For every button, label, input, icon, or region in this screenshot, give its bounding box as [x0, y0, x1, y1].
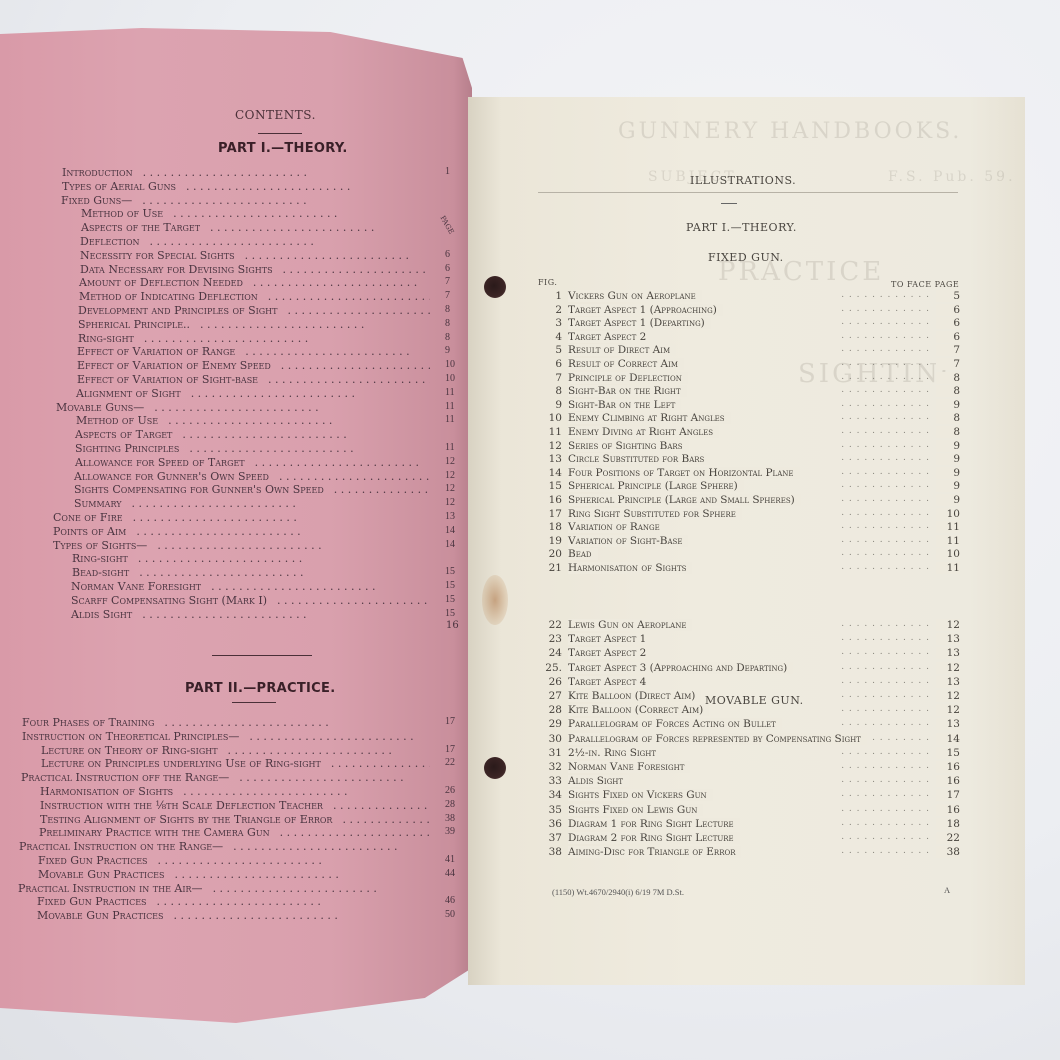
figure-label: Principle of Deflection — [568, 372, 688, 384]
leader-dots: . . . . . . . . . . . . . . . . . . . . … — [255, 456, 430, 469]
leader-dots: . . . . . . . . . . . . . . . . . . . . … — [213, 882, 430, 895]
contents-entry: Introduction . . . . . . . . . . . . . .… — [62, 166, 430, 179]
header-rule — [538, 192, 958, 193]
page-column-label: TO FACE PAGE — [891, 280, 959, 289]
entry-label: Fixed Gun Practices — [38, 854, 148, 867]
contents-entry: Ring-sight . . . . . . . . . . . . . . .… — [72, 552, 430, 565]
leader-dots: . . . . . . . . . . . . . . . . . . . . … — [210, 221, 430, 234]
entry-page-number: 11 — [445, 401, 455, 412]
figure-page-number: 8 — [936, 426, 960, 438]
contents-page: CONTENTS. PART I.—THEORY. PAGE Introduct… — [0, 28, 472, 1028]
figure-entry: . . . . . . . . . . . .35Sights Fixed on… — [540, 804, 960, 818]
entry-label: Effect of Variation of Enemy Speed — [77, 359, 271, 372]
figure-label: Diagram 1 for Ring Sight Lecture — [568, 818, 740, 830]
leader-dots: . . . . . . . . . . . . . . . . . . . . … — [211, 580, 430, 593]
figure-number: 8 — [540, 385, 562, 397]
leader-dots: . . . . . . . . . . . . . . . . . . . . … — [253, 276, 430, 289]
figure-number: 31 — [540, 747, 562, 759]
illustrations-title: ILLUSTRATIONS. — [690, 174, 796, 187]
entry-page-number: 39 — [445, 826, 455, 837]
entry-label: Allowance for Gunner's Own Speed — [74, 470, 269, 483]
entry-label: Preliminary Practice with the Camera Gun — [39, 826, 270, 839]
contents-entry: Harmonisation of Sights . . . . . . . . … — [40, 785, 430, 798]
figure-label: Parallelogram of Forces represented by C… — [568, 733, 867, 745]
figure-number: 19 — [540, 535, 562, 547]
figure-page-number: 11 — [936, 562, 960, 574]
figure-page-number: 38 — [936, 846, 960, 858]
figure-label: Variation of Sight-Base — [568, 535, 688, 547]
entry-label: Scarff Compensating Sight (Mark I) — [71, 594, 267, 607]
entry-label: Aldis Sight — [71, 608, 132, 621]
figure-page-number: 5 — [936, 290, 960, 302]
figure-page-number: 14 — [936, 733, 960, 745]
entry-label: Types of Sights— — [53, 539, 147, 552]
figure-page-number: 9 — [936, 440, 960, 452]
entry-label: Practical Instruction in the Air— — [18, 882, 203, 895]
contents-entry: Development and Principles of Sight . . … — [78, 304, 430, 317]
entry-label: Points of Aim — [53, 525, 126, 538]
figure-entry: . . . . . . . . . . . .8Sight-Bar on the… — [540, 385, 960, 399]
figure-entry: . . . . . . . . . . . .6Result of Correc… — [540, 358, 960, 372]
figure-number: 15 — [540, 480, 562, 492]
figure-entry: . . . . . . . . . . . .21Harmonisation o… — [540, 562, 960, 576]
figure-number: 24 — [540, 647, 562, 659]
contents-entry: Deflection . . . . . . . . . . . . . . .… — [80, 235, 430, 248]
entry-page-number: 14 — [445, 539, 455, 550]
figure-page-number: 8 — [936, 412, 960, 424]
entry-label: Four Phases of Training — [22, 716, 154, 729]
entry-label: Spherical Principle.. — [78, 318, 190, 331]
leader-dots: . . . . . . . . . . . . . . . . . . . . … — [239, 771, 430, 784]
figure-entry: . . . . . . . . . . . .11Enemy Diving at… — [540, 426, 960, 440]
figure-page-number: 22 — [936, 832, 960, 844]
page-column-label: PAGE — [438, 214, 455, 235]
entry-page-number: 8 — [445, 318, 450, 329]
figure-page-number: 15 — [936, 747, 960, 759]
figure-entry: . . . . . . . . . . . .17Ring Sight Subs… — [540, 508, 960, 522]
figure-label: Aiming-Disc for Triangle of Error — [568, 846, 741, 858]
entry-page-number: 10 — [445, 373, 455, 384]
figure-page-number: 9 — [936, 399, 960, 411]
figure-label: Result of Correct Aim — [568, 358, 684, 370]
figure-number: 2 — [540, 304, 562, 316]
figure-entry: . . . . . . . . . . . .24Target Aspect 2… — [540, 647, 960, 661]
entry-label: Allowance for Speed of Target — [75, 456, 245, 469]
figure-label: Enemy Climbing at Right Angles — [568, 412, 731, 424]
leader-dots: . . . . . . . . . . . . . . . . . . . . … — [174, 909, 430, 922]
figure-number: 7 — [540, 372, 562, 384]
figure-page-number: 9 — [936, 494, 960, 506]
entry-label: Ring-sight — [78, 332, 134, 345]
leader-dots: . . . . . . . . . . . . . . . . . . . . … — [139, 566, 430, 579]
leader-dots: . . . . . . . . . . . . . . . . . . . . … — [154, 401, 430, 414]
contents-entry: Four Phases of Training . . . . . . . . … — [22, 716, 430, 729]
figure-page-number: 6 — [936, 304, 960, 316]
contents-entry: Effect of Variation of Range . . . . . .… — [77, 345, 430, 358]
entry-label: Effect of Variation of Sight-base — [77, 373, 258, 386]
entry-page-number: 11 — [445, 414, 455, 425]
figure-number: 14 — [540, 467, 562, 479]
figure-page-number: 13 — [936, 633, 960, 645]
figure-page-number: 8 — [936, 372, 960, 384]
figure-page-number: 11 — [936, 521, 960, 533]
entry-page-number: 12 — [445, 483, 455, 494]
figure-number: 10 — [540, 412, 562, 424]
printer-imprint: (1150) Wt.4670/2940(i) 6/19 7M D.St. — [552, 887, 684, 897]
figure-number: 3 — [540, 317, 562, 329]
contents-entry: Types of Sights— . . . . . . . . . . . .… — [53, 539, 430, 552]
figure-entry: . . . . . . . . . . . .19Variation of Si… — [540, 535, 960, 549]
rust-stain — [482, 575, 508, 625]
contents-entry: Spherical Principle.. . . . . . . . . . … — [78, 318, 430, 331]
figure-number: 32 — [540, 761, 562, 773]
figure-page-number: 7 — [936, 358, 960, 370]
entry-label: Sighting Principles — [75, 442, 179, 455]
figure-number: 17 — [540, 508, 562, 520]
figure-number: 35 — [540, 804, 562, 816]
contents-entry: Types of Aerial Guns . . . . . . . . . .… — [62, 180, 430, 193]
figure-number: 1 — [540, 290, 562, 302]
leader-dots: . . . . . . . . . . . . . . . . . . . . … — [334, 483, 430, 496]
figure-entry: . . . . . . . . . . . .33Aldis Sight16 — [540, 775, 960, 789]
entry-label: Development and Principles of Sight — [78, 304, 277, 317]
entry-page-number: 46 — [445, 895, 455, 906]
leader-dots: . . . . . . . . . . . . . . . . . . . . … — [245, 249, 430, 262]
entry-label: Alignment of Sight — [76, 387, 181, 400]
fig-column-label: FIG. — [538, 278, 557, 287]
figure-label: Bead — [568, 548, 598, 560]
entry-label: Testing Alignment of Sights by the Trian… — [40, 813, 332, 826]
figure-number: 36 — [540, 818, 562, 830]
figure-label: Vickers Gun on Aeroplane — [568, 290, 702, 302]
figure-number: 30 — [540, 733, 562, 745]
entry-label: Practical Instruction off the Range— — [21, 771, 229, 784]
figure-number: 16 — [540, 494, 562, 506]
figure-number: 4 — [540, 331, 562, 343]
leader-dots: . . . . . . . . . . . . . . . . . . . . … — [287, 304, 430, 317]
figure-page-number: 9 — [936, 453, 960, 465]
contents-entry: Amount of Deflection Needed . . . . . . … — [79, 276, 430, 289]
figure-label: Spherical Principle (Large and Small Sph… — [568, 494, 801, 506]
leader-dots: . . . . . . . . . . . . . . . . . . . . … — [268, 290, 430, 303]
figure-number: 27 — [540, 690, 562, 702]
leader-dots: . . . . . . . . . . . . . . . . . . . . … — [183, 785, 430, 798]
entry-label: Deflection — [80, 235, 140, 248]
leader-dots: . . . . . . . . . . . . . . . . . . . . … — [228, 744, 430, 757]
entry-label: Instruction with the ⅛th Scale Deflectio… — [40, 799, 323, 812]
leader-dots: . . . . . . . . . . . . . . . . . . . . … — [245, 345, 430, 358]
figure-number: 34 — [540, 789, 562, 801]
entry-label: Summary — [74, 497, 122, 510]
figure-entry: . . . . . . . . . . . .38Aiming-Disc for… — [540, 846, 960, 860]
entry-label: Types of Aerial Guns — [62, 180, 176, 193]
leader-dots: . . . . . . . . . . . . . . . . . . . . … — [342, 813, 430, 826]
figure-page-number: 12 — [936, 619, 960, 631]
contents-entry: Movable Gun Practices . . . . . . . . . … — [38, 868, 430, 881]
entry-page-number: 50 — [445, 909, 455, 920]
entry-page-number: 11 — [445, 387, 455, 398]
leader-dots: . . . . . . . . . . . . . . . . . . . . … — [331, 757, 430, 770]
contents-entry: Practical Instruction on the Range— . . … — [19, 840, 430, 853]
figure-label: Result of Direct Aim — [568, 344, 676, 356]
title-rule — [721, 203, 737, 204]
figure-number: 29 — [540, 718, 562, 730]
figure-page-number: 17 — [936, 789, 960, 801]
figure-label: Kite Balloon (Correct Aim) — [568, 704, 709, 716]
figure-label: Target Aspect 1 (Departing) — [568, 317, 711, 329]
figure-label: Target Aspect 3 (Approaching and Departi… — [568, 662, 793, 674]
leader-dots: . . . . . . . . . . . . . . . . . . . . … — [132, 497, 431, 510]
leader-dots: . . . . . . . . . . . . . . . . . . . . … — [158, 854, 430, 867]
entry-label: Effect of Variation of Range — [77, 345, 235, 358]
figure-entry: . . . . . . . . . . . .34Sights Fixed on… — [540, 789, 960, 803]
contents-entry: Preliminary Practice with the Camera Gun… — [39, 826, 430, 839]
figure-number: 11 — [540, 426, 562, 438]
contents-entry: Method of Indicating Deflection . . . . … — [79, 290, 430, 303]
entry-page-number: 12 — [445, 470, 455, 481]
figure-page-number: 13 — [936, 647, 960, 659]
entry-page-number: 15 — [445, 580, 455, 591]
entry-page-number: 7 — [445, 276, 450, 287]
entry-label: Method of Indicating Deflection — [79, 290, 258, 303]
leader-dots: . . . . . . . . . . . . . . . . . . . . … — [133, 511, 430, 524]
figure-number: 23 — [540, 633, 562, 645]
leader-dots: . . . . . . . . . . . . . . . . . . . . … — [249, 730, 430, 743]
figure-page-number: 18 — [936, 818, 960, 830]
part1-heading: PART I.—THEORY. — [218, 141, 348, 156]
contents-entry: Effect of Variation of Sight-base . . . … — [77, 373, 430, 386]
figure-page-number: 13 — [936, 718, 960, 730]
figure-page-number: 16 — [936, 775, 960, 787]
figure-page-number: 12 — [936, 704, 960, 716]
contents-entry: Data Necessary for Devising Sights . . .… — [80, 263, 430, 276]
figure-number: 22 — [540, 619, 562, 631]
figure-entry: . . . . . . . . . . . .10Enemy Climbing … — [540, 412, 960, 426]
figure-label: Aldis Sight — [568, 775, 629, 787]
entry-label: Fixed Gun Practices — [37, 895, 147, 908]
leader-dots: . . . . . . . . . . . . . . . . . . . . … — [233, 840, 430, 853]
contents-entry: Instruction with the ⅛th Scale Deflectio… — [40, 799, 430, 812]
figure-label: Target Aspect 2 — [568, 647, 652, 659]
entry-label: Introduction — [62, 166, 133, 179]
entry-page-number: 17 — [445, 716, 455, 727]
contents-entry: Movable Gun Practices . . . . . . . . . … — [37, 909, 430, 922]
figure-entry: . . . . . . . . . . . .5Result of Direct… — [540, 344, 960, 358]
entry-page-number: 10 — [445, 359, 455, 370]
leader-dots: . . . . . . . . . . . . . . . . . . . . … — [157, 895, 430, 908]
entry-page-number: 28 — [445, 799, 455, 810]
entry-page-number: 6 — [445, 249, 450, 260]
entry-label: Instruction on Theoretical Principles— — [22, 730, 239, 743]
contents-entry: Alignment of Sight . . . . . . . . . . .… — [76, 387, 430, 400]
figure-entry: . . . . . . . . . . . .2Target Aspect 1 … — [540, 304, 960, 318]
contents-entry: Method of Use . . . . . . . . . . . . . … — [81, 207, 430, 220]
contents-entry: Necessity for Special Sights . . . . . .… — [80, 249, 430, 262]
punch-hole-top — [484, 276, 506, 298]
figure-label: Norman Vane Foresight — [568, 761, 690, 773]
figure-label: Series of Sighting Bars — [568, 440, 689, 452]
figure-label: Sight-Bar on the Right — [568, 385, 687, 397]
contents-entry: Fixed Gun Practices . . . . . . . . . . … — [38, 854, 430, 867]
leader-dots: . . . . . . . . . . . . . . . . . . . . … — [150, 235, 430, 248]
leader-dots: . . . . . . . . . . . . . . . . . . . . … — [143, 166, 430, 179]
entry-label: Fixed Guns— — [61, 194, 132, 207]
figure-page-number: 12 — [936, 690, 960, 702]
contents-entry: Sights Compensating for Gunner's Own Spe… — [74, 483, 430, 496]
contents-entry: Scarff Compensating Sight (Mark I) . . .… — [71, 594, 430, 607]
leader-dots: . . . . . . . . . . . . . . . . . . . . … — [191, 387, 430, 400]
figure-number: 9 — [540, 399, 562, 411]
entry-label: Method of Use — [81, 207, 163, 220]
figure-page-number: 12 — [936, 662, 960, 674]
figure-entry: . . . . . . . . . . . .36Diagram 1 for R… — [540, 818, 960, 832]
entry-page-number: 14 — [445, 525, 455, 536]
leader-dots: . . . . . . . . . . . . . . . . . . . . … — [283, 263, 430, 276]
figure-page-number: 9 — [936, 467, 960, 479]
entry-page-number: 8 — [445, 332, 450, 343]
leader-dots: . . . . . . . . . . . . . . . . . . . . … — [280, 826, 430, 839]
figure-page-number: 13 — [936, 676, 960, 688]
figure-label: Sights Fixed on Vickers Gun — [568, 789, 713, 801]
leader-dots: . . . . . . . . . . . . . . . . . . . . … — [277, 594, 430, 607]
figure-entry: . . . . . . . . . . . .37Diagram 2 for R… — [540, 832, 960, 846]
figure-number: 13 — [540, 453, 562, 465]
entry-page-number: 7 — [445, 290, 450, 301]
entry-page-number: 22 — [445, 757, 455, 768]
figure-entry: . . . . . . . . . . . .22Lewis Gun on Ae… — [540, 619, 960, 633]
figure-number: 5 — [540, 344, 562, 356]
part1-heading: PART I.—THEORY. — [686, 221, 797, 234]
entry-page-number: 38 — [445, 813, 455, 824]
figure-entry: . . . . . . . . . . . .7Principle of Def… — [540, 372, 960, 386]
figure-label: Target Aspect 1 (Approaching) — [568, 304, 723, 316]
figure-page-number: 8 — [936, 385, 960, 397]
entry-label: Aspects of Target — [75, 428, 172, 441]
contents-entry: Cone of Fire . . . . . . . . . . . . . .… — [53, 511, 430, 524]
entry-page-number: 12 — [445, 456, 455, 467]
figure-entry: . . . . . . . . . . . .32Norman Vane For… — [540, 761, 960, 775]
figure-entry: . . . . . . . . . . . .25.Target Aspect … — [540, 662, 960, 676]
figure-number: 28 — [540, 704, 562, 716]
contents-entry: Allowance for Gunner's Own Speed . . . .… — [74, 470, 430, 483]
contents-entry: Allowance for Speed of Target . . . . . … — [75, 456, 430, 469]
figure-label: Target Aspect 1 — [568, 633, 652, 645]
entry-page-number: 8 — [445, 304, 450, 315]
figure-label: Target Aspect 2 — [568, 331, 652, 343]
entry-label: Lecture on Theory of Ring-sight — [41, 744, 218, 757]
figure-label: Circle Substituted for Bars — [568, 453, 710, 465]
entry-page-number: 41 — [445, 854, 455, 865]
figure-entry: . . . . . . . . . . . .1Vickers Gun on A… — [540, 290, 960, 304]
leader-dots: . . . . . . . . . . . . . . . . . . . . … — [175, 868, 430, 881]
fixed-gun-heading: FIXED GUN. — [708, 251, 784, 264]
contents-entry: Ring-sight . . . . . . . . . . . . . . .… — [78, 332, 430, 345]
entry-label: Cone of Fire — [53, 511, 123, 524]
figure-number: 37 — [540, 832, 562, 844]
contents-entry: Aldis Sight . . . . . . . . . . . . . . … — [71, 608, 430, 621]
bleed-through-text: F.S. Pub. 59. — [888, 169, 1016, 185]
figure-entry: . . . . . . . . . . . .312½-in. Ring Sig… — [540, 747, 960, 761]
figure-label: 2½-in. Ring Sight — [568, 747, 662, 759]
figure-page-number: 6 — [936, 317, 960, 329]
punch-hole-bottom — [484, 757, 506, 779]
figure-entry: . . . . . . . . . . . .12Series of Sight… — [540, 440, 960, 454]
figure-label: Target Aspect 4 — [568, 676, 652, 688]
entry-label: Movable Gun Practices — [37, 909, 164, 922]
figure-label: Variation of Range — [568, 521, 666, 533]
figure-label: Sight-Bar on the Left — [568, 399, 681, 411]
part2-heading: PART II.—PRACTICE. — [185, 681, 335, 696]
figure-number: 21 — [540, 562, 562, 574]
leader-dots: . . . . . . . . . . . . . . . . . . . . … — [186, 180, 430, 193]
leader-dots: . . . . . . . . . . . . — [540, 548, 930, 558]
entry-label: Data Necessary for Devising Sights — [80, 263, 273, 276]
figure-page-number: 9 — [936, 480, 960, 492]
figure-entry: . . . . . . . . . . . .13Circle Substitu… — [540, 453, 960, 467]
entry-page-number: 15 — [445, 594, 455, 605]
figure-number: 18 — [540, 521, 562, 533]
leader-dots: . . . . . . . . . . . . . . . . . . . . … — [136, 525, 430, 538]
entry-page-number: 15 — [445, 608, 455, 619]
entry-label: Harmonisation of Sights — [40, 785, 173, 798]
leader-dots: . . . . . . . . . . . . . . . . . . . . … — [142, 194, 430, 207]
entry-page-number: 44 — [445, 868, 455, 879]
entry-page-number: 15 — [445, 566, 455, 577]
entry-label: Norman Vane Foresight — [71, 580, 201, 593]
leader-dots: . . . . . . . . . . . . . . . . . . . . … — [168, 414, 430, 427]
figure-entry: . . . . . . . . . . . .4Target Aspect 26 — [540, 331, 960, 345]
figure-label: Diagram 2 for Ring Sight Lecture — [568, 832, 740, 844]
leader-dots: . . . . . . . . . . . . . . . . . . . . … — [144, 332, 430, 345]
contents-entry: Practical Instruction in the Air— . . . … — [18, 882, 430, 895]
figure-label: Four Positions of Target on Horizontal P… — [568, 467, 800, 479]
leader-dots: . . . . . . . . . . . . . . . . . . . . … — [333, 799, 430, 812]
leader-dots: . . . . . . . . . . . . . . . . . . . . … — [173, 207, 430, 220]
leader-dots: . . . . . . . . . . . . . . . . . . . . … — [164, 716, 430, 729]
figure-page-number: 16 — [936, 804, 960, 816]
title-rule — [258, 133, 302, 134]
figure-page-number: 16 — [936, 761, 960, 773]
figure-page-number: 10 — [936, 548, 960, 560]
figure-label: Harmonisation of Sights — [568, 562, 692, 574]
figure-page-number: 10 — [936, 508, 960, 520]
figure-label: Lewis Gun on Aeroplane — [568, 619, 692, 631]
leader-dots: . . . . . . . . . . . . . . . . . . . . … — [142, 608, 430, 621]
leader-dots: . . . . . . . . . . . . . . . . . . . . … — [138, 552, 430, 565]
part-divider-rule — [212, 655, 312, 656]
figure-label: Kite Balloon (Direct Aim) — [568, 690, 701, 702]
contents-entry: Points of Aim . . . . . . . . . . . . . … — [53, 525, 430, 538]
figure-entry: . . . . . . . . . . . .27Kite Balloon (D… — [540, 690, 960, 704]
figure-entry: . . . . . . . . . . . .29Parallelogram o… — [540, 718, 960, 732]
contents-entry: Summary . . . . . . . . . . . . . . . . … — [74, 497, 430, 510]
figure-label: Parallelogram of Forces Acting on Bullet — [568, 718, 782, 730]
figure-entry: . . . . . . . . . . . .14Four Positions … — [540, 467, 960, 481]
entry-page-number: 12 — [445, 497, 455, 508]
contents-entry: Fixed Gun Practices . . . . . . . . . . … — [37, 895, 430, 908]
contents-entry: Method of Use . . . . . . . . . . . . . … — [76, 414, 430, 427]
figure-entry: . . . . . . . . . . . .23Target Aspect 1… — [540, 633, 960, 647]
entry-page-number: 11 — [445, 442, 455, 453]
figure-entry: . . . . . . . . . . . .16Spherical Princ… — [540, 494, 960, 508]
figure-entry: . . . . . . . . . . . .26Target Aspect 4… — [540, 676, 960, 690]
contents-entry: Norman Vane Foresight . . . . . . . . . … — [71, 580, 430, 593]
contents-entry: Movable Guns— . . . . . . . . . . . . . … — [56, 401, 430, 414]
entry-page-number: 6 — [445, 263, 450, 274]
contents-entry: Practical Instruction off the Range— . .… — [21, 771, 430, 784]
entry-label: Necessity for Special Sights — [80, 249, 235, 262]
figure-entry: . . . . . . . . . . . .9Sight-Bar on the… — [540, 399, 960, 413]
